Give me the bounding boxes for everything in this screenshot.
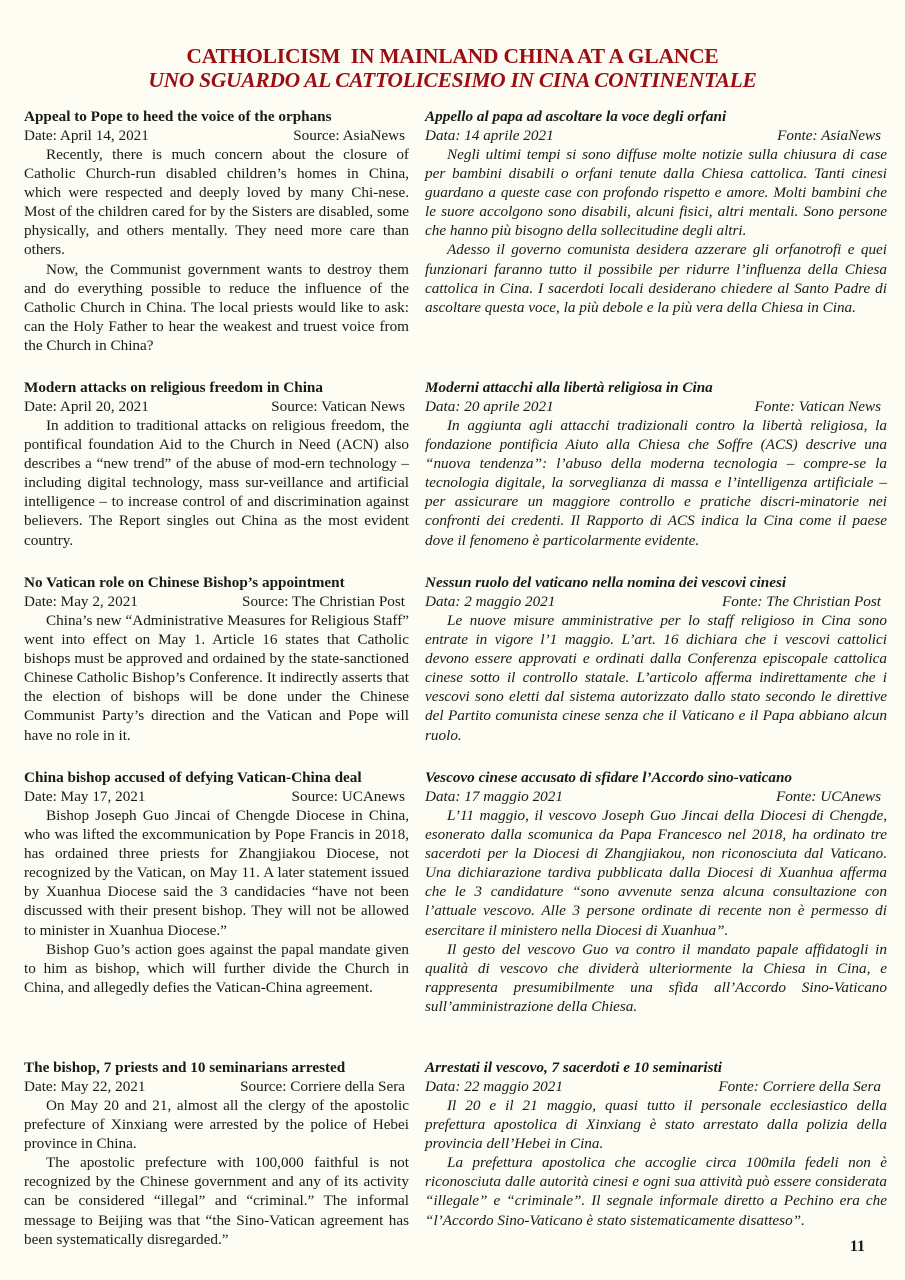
page-header: CATHOLICISM IN MAINLAND CHINA AT A GLANC…: [0, 44, 905, 92]
article-title: The bishop, 7 priests and 10 seminarians…: [24, 1058, 409, 1077]
article-paragraph: In aggiunta agli attacchi tradizionali c…: [425, 416, 887, 550]
article-paragraph: Le nuove misure amministrative per lo st…: [425, 611, 887, 745]
article-source: Source: UCAnews: [292, 787, 405, 806]
article-title: Moderni attacchi alla libertà religiosa …: [425, 378, 887, 397]
article-date: Date: May 22, 2021: [24, 1077, 145, 1096]
title-english: CATHOLICISM IN MAINLAND CHINA AT A GLANC…: [0, 44, 905, 68]
article-date: Date: April 20, 2021: [24, 397, 149, 416]
article-title: Nessun ruolo del vaticano nella nomina d…: [425, 573, 887, 592]
page-number: 11: [850, 1238, 865, 1256]
article-it-1: Appello al papa ad ascoltare la voce deg…: [425, 107, 887, 317]
article-date: Data: 17 maggio 2021: [425, 787, 563, 806]
article-title: Modern attacks on religious freedom in C…: [24, 378, 409, 397]
article-paragraph: Bishop Joseph Guo Jincai of Chengde Dioc…: [24, 806, 409, 940]
article-title: Vescovo cinese accusato di sfidare l’Acc…: [425, 768, 887, 787]
article-en-2: Modern attacks on religious freedom in C…: [24, 378, 409, 550]
article-date: Data: 20 aprile 2021: [425, 397, 554, 416]
article-en-5: The bishop, 7 priests and 10 seminarians…: [24, 1058, 409, 1249]
article-date: Data: 14 aprile 2021: [425, 126, 554, 145]
article-paragraph: Negli ultimi tempi si sono diffuse molte…: [425, 145, 887, 240]
article-paragraph: L’11 maggio, il vescovo Joseph Guo Jinca…: [425, 806, 887, 940]
article-source: Fonte: Vatican News: [754, 397, 881, 416]
article-paragraph: Il 20 e il 21 maggio, quasi tutto il per…: [425, 1096, 887, 1153]
article-paragraph: La prefettura apostolica che accoglie ci…: [425, 1153, 887, 1229]
article-en-3: No Vatican role on Chinese Bishop’s appo…: [24, 573, 409, 745]
article-paragraph: In addition to traditional attacks on re…: [24, 416, 409, 550]
article-paragraph: China’s new “Administrative Measures for…: [24, 611, 409, 745]
article-it-3: Nessun ruolo del vaticano nella nomina d…: [425, 573, 887, 745]
article-source: Fonte: The Christian Post: [722, 592, 881, 611]
article-paragraph: Recently, there is much concern about th…: [24, 145, 409, 260]
article-source: Source: Vatican News: [271, 397, 405, 416]
article-date: Date: May 2, 2021: [24, 592, 138, 611]
article-title: No Vatican role on Chinese Bishop’s appo…: [24, 573, 409, 592]
article-source: Source: AsiaNews: [293, 126, 405, 145]
article-paragraph: The apostolic prefecture with 100,000 fa…: [24, 1153, 409, 1248]
article-date: Data: 22 maggio 2021: [425, 1077, 563, 1096]
article-source: Fonte: UCAnews: [776, 787, 881, 806]
article-title: Appello al papa ad ascoltare la voce deg…: [425, 107, 887, 126]
article-date: Data: 2 maggio 2021: [425, 592, 555, 611]
article-it-2: Moderni attacchi alla libertà religiosa …: [425, 378, 887, 550]
article-paragraph: Il gesto del vescovo Guo va contro il ma…: [425, 940, 887, 1016]
article-paragraph: Adesso il governo comunista desidera azz…: [425, 240, 887, 316]
article-title: Appeal to Pope to heed the voice of the …: [24, 107, 409, 126]
article-title: China bishop accused of defying Vatican-…: [24, 768, 409, 787]
article-paragraph: On May 20 and 21, almost all the clergy …: [24, 1096, 409, 1153]
article-date: Date: May 17, 2021: [24, 787, 145, 806]
article-it-5: Arrestati il vescovo, 7 sacerdoti e 10 s…: [425, 1058, 887, 1230]
article-paragraph: Now, the Communist government wants to d…: [24, 260, 409, 355]
article-it-4: Vescovo cinese accusato di sfidare l’Acc…: [425, 768, 887, 1016]
article-source: Source: Corriere della Sera: [240, 1077, 405, 1096]
article-date: Date: April 14, 2021: [24, 126, 149, 145]
article-title: Arrestati il vescovo, 7 sacerdoti e 10 s…: [425, 1058, 887, 1077]
article-en-1: Appeal to Pope to heed the voice of the …: [24, 107, 409, 355]
article-source: Fonte: Corriere della Sera: [718, 1077, 881, 1096]
article-en-4: China bishop accused of defying Vatican-…: [24, 768, 409, 997]
article-source: Fonte: AsiaNews: [777, 126, 881, 145]
title-italian: UNO SGUARDO AL CATTOLICESIMO IN CINA CON…: [0, 68, 905, 92]
article-source: Source: The Christian Post: [242, 592, 405, 611]
article-paragraph: Bishop Guo’s action goes against the pap…: [24, 940, 409, 997]
